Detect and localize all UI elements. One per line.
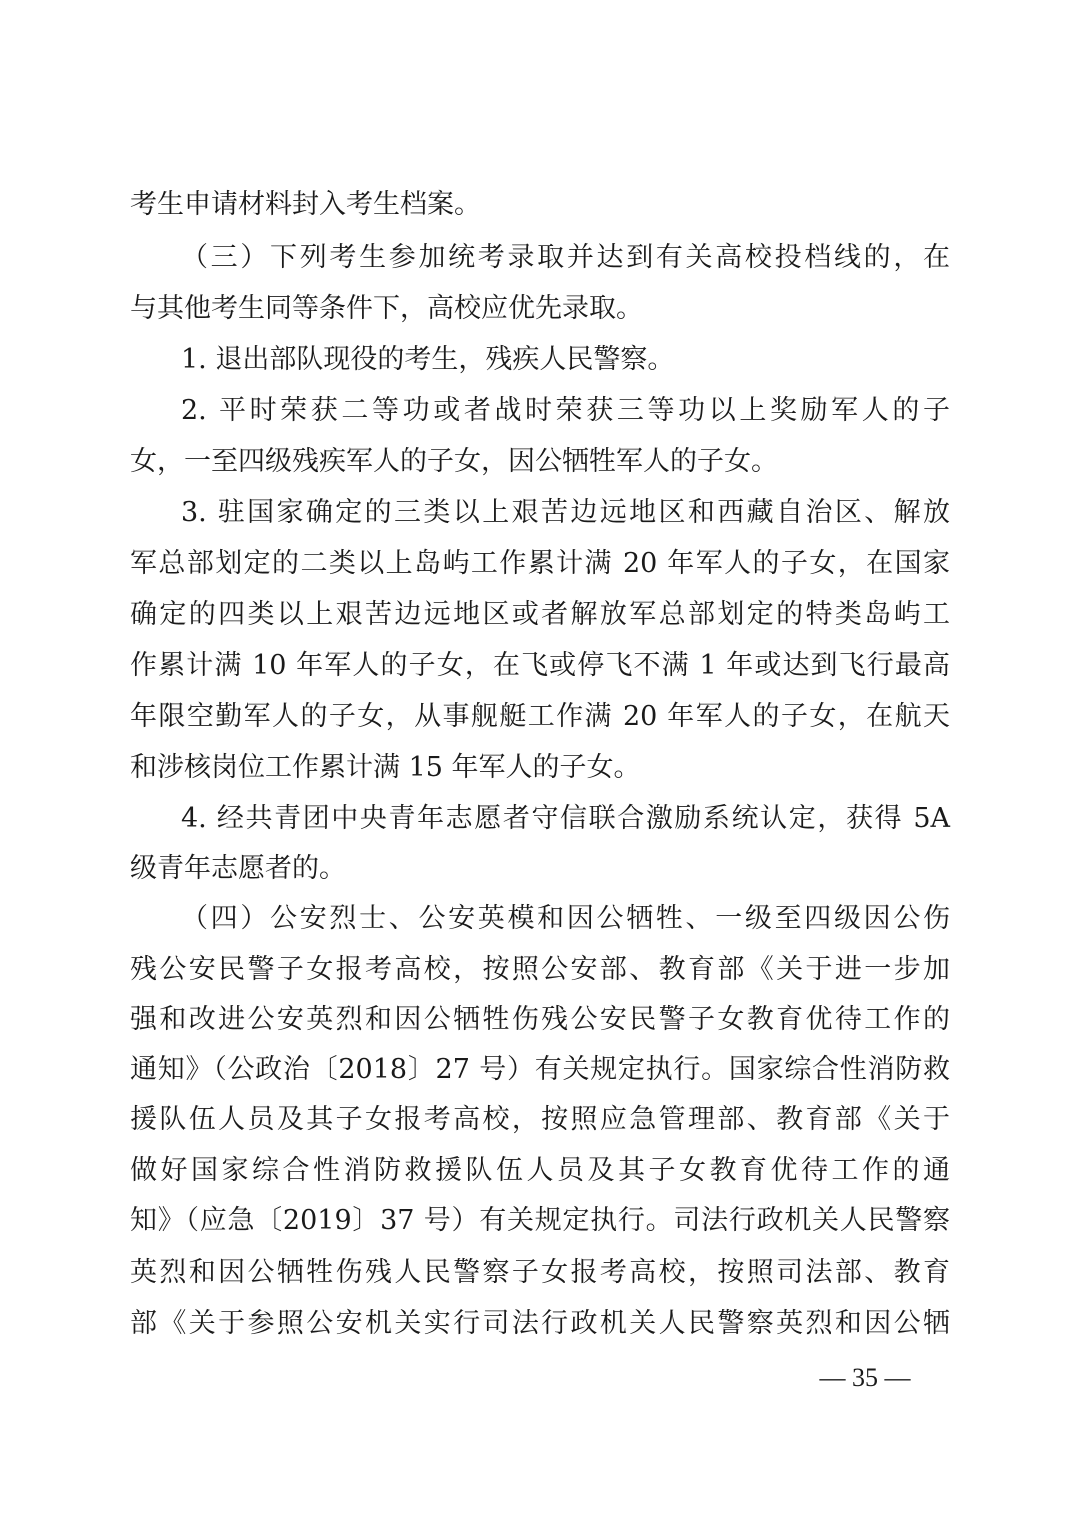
text-line: 考生申请材料封入考生档案。 (130, 183, 950, 227)
text-line: 残公安民警子女报考高校，按照公安部、教育部《关于进一步加 (130, 948, 950, 992)
text-line: 军总部划定的二类以上岛屿工作累计满 20 年军人的子女，在国家 (130, 542, 950, 586)
document-page: 考生申请材料封入考生档案。 （三）下列考生参加统考录取并达到有关高校投档线的，在… (0, 0, 1080, 1527)
text-line: 作累计满 10 年军人的子女，在飞或停飞不满 1 年或达到飞行最高 (130, 644, 950, 688)
text-line: 知》（应急〔2019〕37 号）有关规定执行。司法行政机关人民警察 (130, 1199, 950, 1243)
text-line: 和涉核岗位工作累计满 15 年军人的子女。 (130, 746, 950, 790)
section-heading-4: （四）公安烈士、公安英模和因公牺牲、一级至四级因公伤 (181, 897, 950, 941)
text-line: 通知》（公政治〔2018〕27 号）有关规定执行。国家综合性消防救 (130, 1048, 950, 1092)
text-line: 确定的四类以上艰苦边远地区或者解放军总部划定的特类岛屿工 (130, 593, 950, 637)
list-item-2: 2. 平时荣获二等功或者战时荣获三等功以上奖励军人的子 (181, 389, 950, 433)
text-line: 与其他考生同等条件下，高校应优先录取。 (130, 287, 950, 331)
text-line: 做好国家综合性消防救援队伍人员及其子女教育优待工作的通 (130, 1149, 950, 1193)
list-item-3: 3. 驻国家确定的三类以上艰苦边远地区和西藏自治区、解放 (181, 491, 950, 535)
text-line: 级青年志愿者的。 (130, 847, 950, 891)
section-heading-3: （三）下列考生参加统考录取并达到有关高校投档线的，在 (181, 236, 950, 280)
text-line: 强和改进公安英烈和因公牺牲伤残公安民警子女教育优待工作的 (130, 998, 950, 1042)
list-item-1: 1. 退出部队现役的考生，残疾人民警察。 (181, 338, 950, 382)
text-line: 英烈和因公牺牲伤残人民警察子女报考高校，按照司法部、教育 (130, 1251, 950, 1295)
page-number: — 35 — (800, 1358, 930, 1398)
text-line: 部《关于参照公安机关实行司法行政机关人民警察英烈和因公牺 (130, 1302, 950, 1346)
text-line: 年限空勤军人的子女，从事舰艇工作满 20 年军人的子女，在航天 (130, 695, 950, 739)
text-line: 女，一至四级残疾军人的子女，因公牺牲军人的子女。 (130, 440, 950, 484)
text-line: 援队伍人员及其子女报考高校，按照应急管理部、教育部《关于 (130, 1098, 950, 1142)
list-item-4: 4. 经共青团中央青年志愿者守信联合激励系统认定，获得 5A (181, 797, 950, 841)
